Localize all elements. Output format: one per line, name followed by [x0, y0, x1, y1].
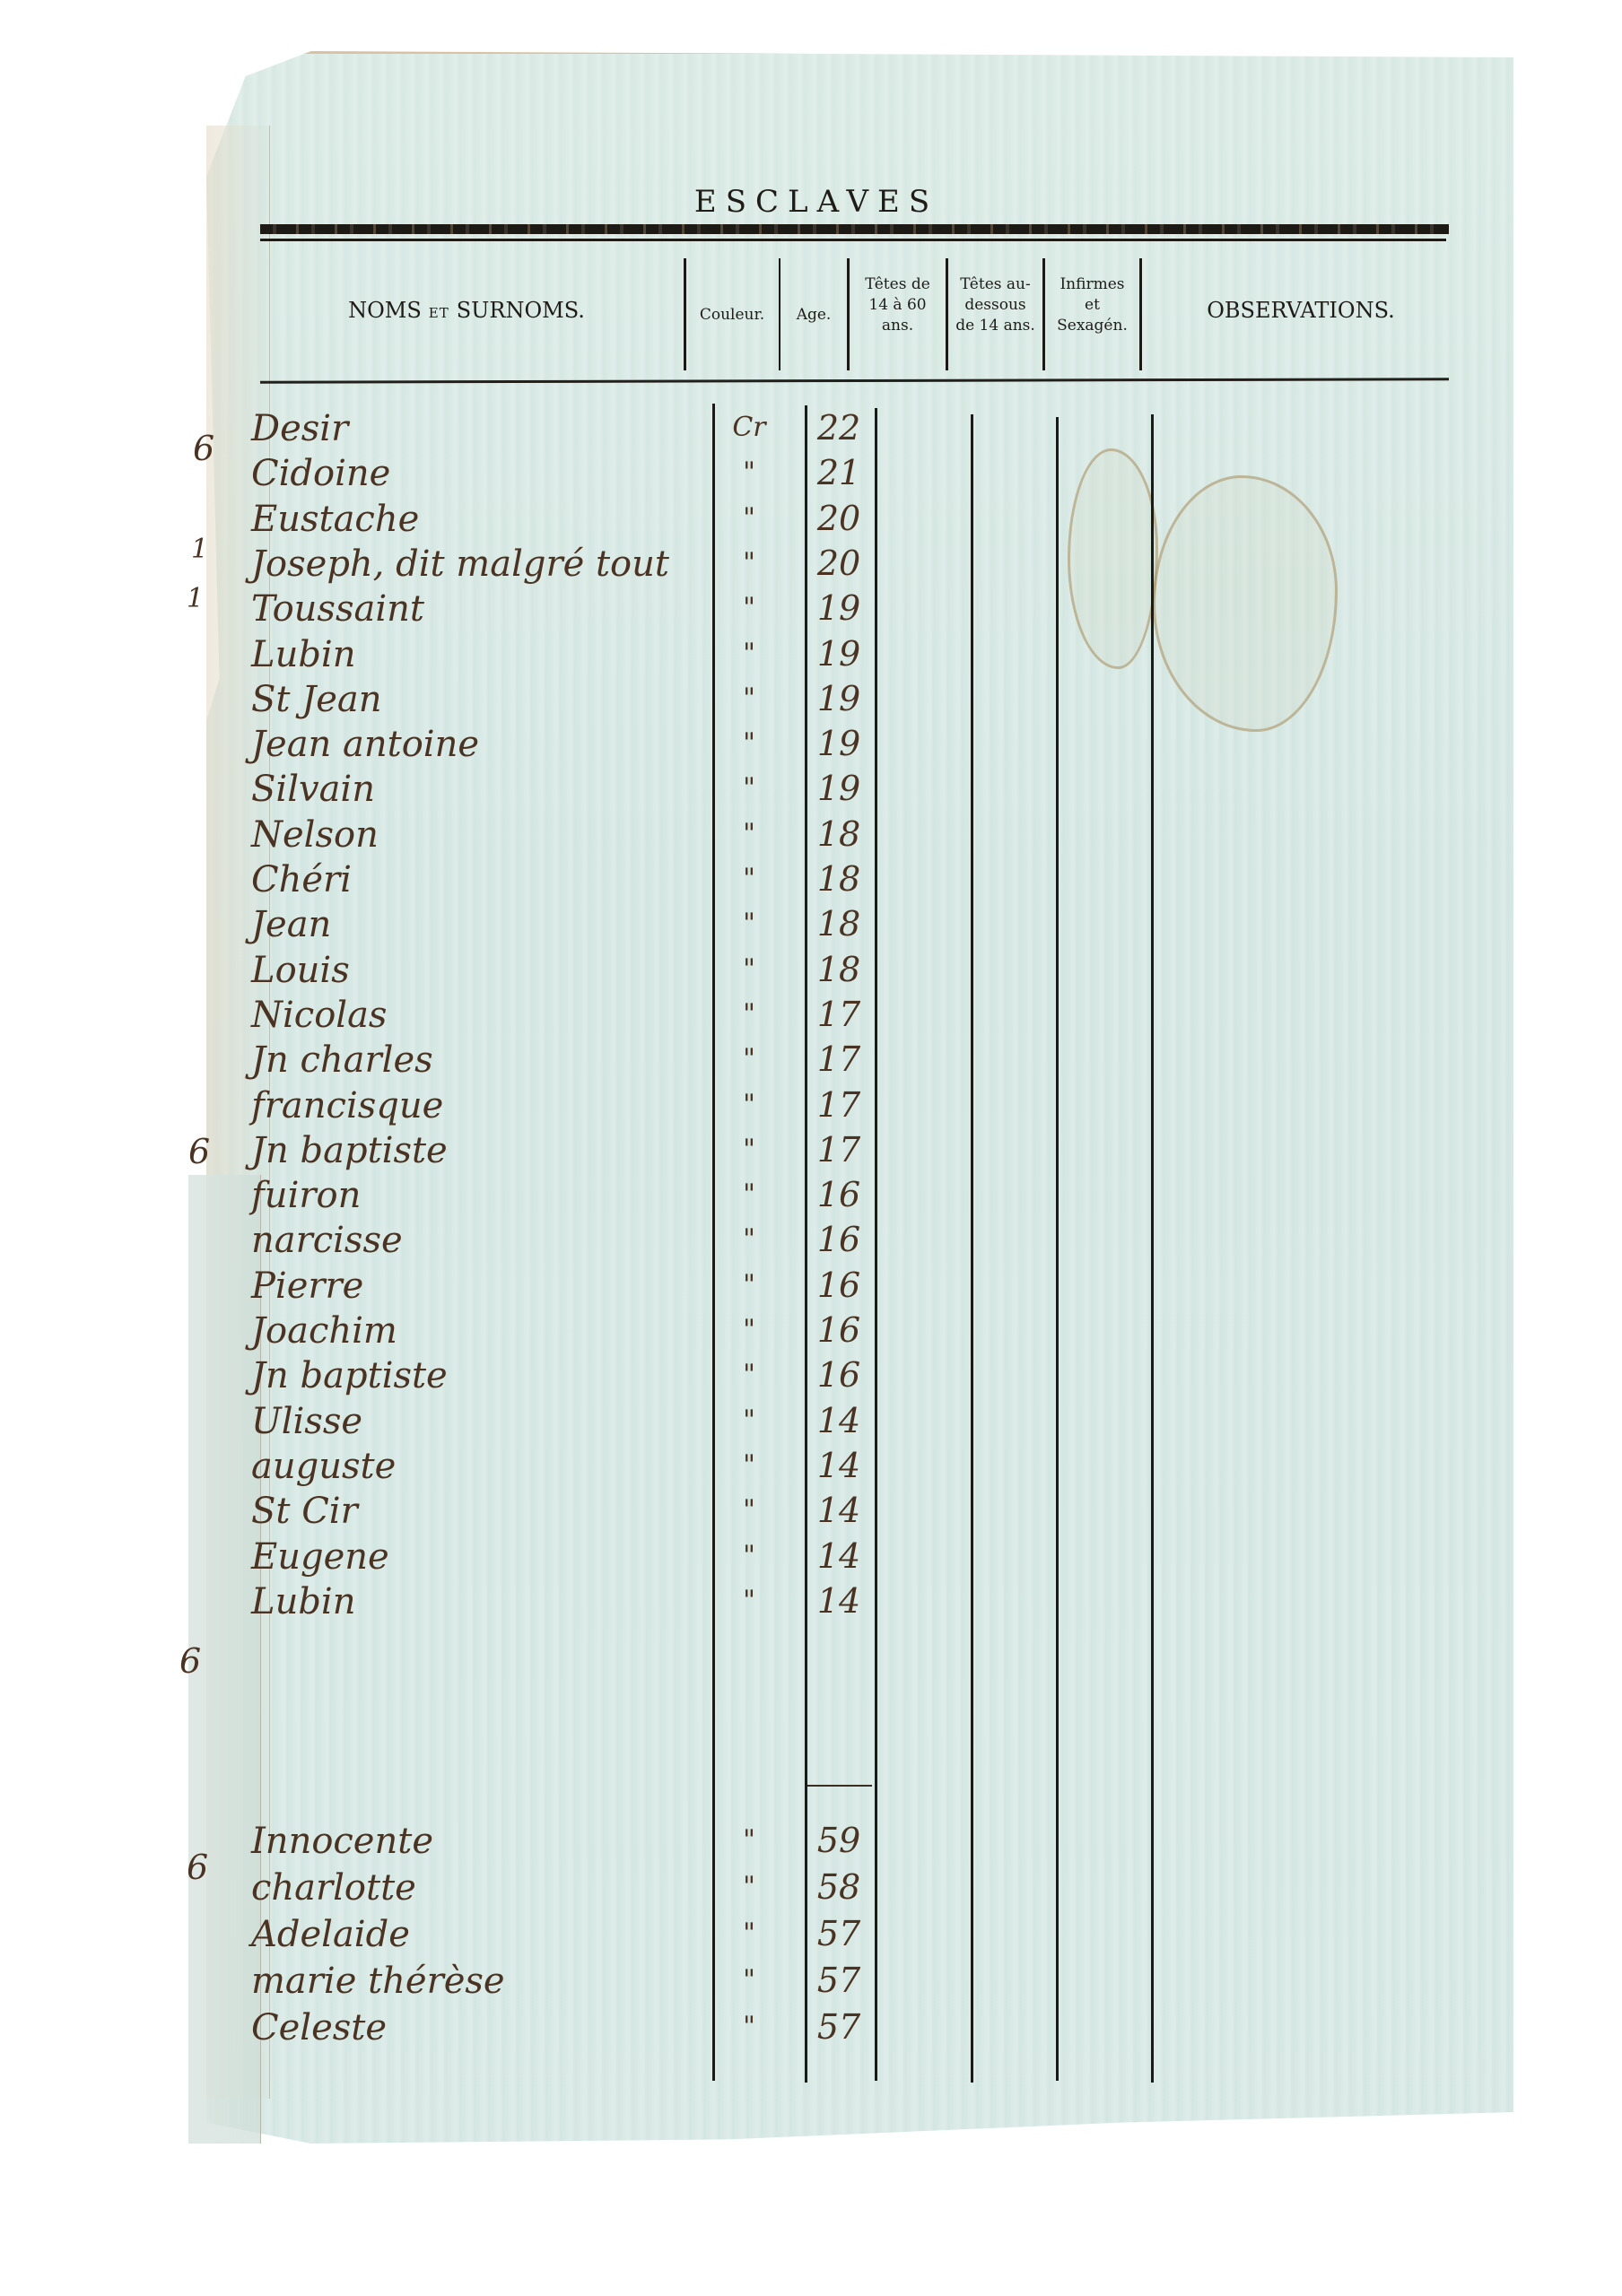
slave-name: Lubin: [251, 1581, 355, 1622]
couleur-value: ": [731, 1494, 767, 1526]
slave-name: Jn baptiste: [251, 1130, 448, 1171]
margin-mark: 6: [193, 429, 214, 468]
header-tetes-14-60: Têtes de 14 à 60 ans.: [850, 274, 946, 336]
couleur-value: ": [731, 1824, 767, 1856]
couleur-value: ": [731, 638, 767, 669]
margin-mark: 6: [187, 1848, 208, 1887]
column-divider: [684, 258, 686, 370]
age-value: 57: [807, 1914, 870, 1953]
slave-name: francisque: [251, 1085, 443, 1126]
margin-mark: 1: [191, 534, 208, 565]
age-value: 16: [807, 1220, 870, 1259]
table-row: Joseph, dit malgré tout"20: [233, 544, 1400, 594]
couleur-value: ": [731, 1585, 767, 1616]
couleur-value: ": [731, 1223, 767, 1255]
page-title: ESCLAVES: [655, 184, 978, 220]
age-value: 19: [807, 588, 870, 628]
age-value: 14: [807, 1446, 870, 1485]
age-value: 18: [807, 814, 870, 854]
age-value: 14: [807, 1491, 870, 1530]
age-value: 17: [807, 995, 870, 1034]
table-row: Silvain"19: [233, 769, 1400, 819]
table-row: Jean"18: [233, 904, 1400, 954]
slave-name: Ulisse: [251, 1401, 362, 1442]
slave-name: Nelson: [251, 814, 379, 856]
age-value: 20: [807, 544, 870, 583]
couleur-value: ": [731, 1178, 767, 1210]
slave-name: Nicolas: [251, 995, 387, 1036]
slave-name: Innocente: [251, 1821, 433, 1862]
couleur-value: ": [731, 1269, 767, 1300]
table-row: Innocente"59: [233, 1821, 1400, 1871]
table-row: St Cir"14: [233, 1491, 1400, 1541]
couleur-value: ": [731, 908, 767, 939]
slave-name: Eustache: [251, 499, 419, 540]
header-couleur: Couleur.: [687, 305, 777, 326]
age-value: 57: [807, 2007, 870, 2047]
couleur-value: ": [731, 1540, 767, 1571]
age-value: 59: [807, 1821, 870, 1860]
slave-name: Silvain: [251, 769, 375, 810]
table-row: auguste"14: [233, 1446, 1400, 1496]
slave-name: Joseph, dit malgré tout: [251, 544, 669, 585]
age-value: 20: [807, 499, 870, 538]
table-row: Eugene"14: [233, 1536, 1400, 1587]
couleur-value: ": [731, 683, 767, 714]
table-row: narcisse"16: [233, 1220, 1400, 1270]
couleur-value: ": [731, 1089, 767, 1120]
slave-name: Chéri: [251, 859, 352, 900]
header-tetes-moins-14: Têtes au- dessous de 14 ans.: [948, 274, 1042, 336]
slave-name: Jean: [251, 904, 331, 945]
slave-name: fuiron: [251, 1175, 361, 1216]
couleur-value: ": [731, 2011, 767, 2042]
header-observations: OBSERVATIONS.: [1166, 296, 1435, 325]
table-row: St Jean"19: [233, 679, 1400, 729]
age-value: 14: [807, 1581, 870, 1621]
table-row: Ulisse"14: [233, 1401, 1400, 1451]
couleur-value: ": [731, 457, 767, 488]
table-row: francisque"17: [233, 1085, 1400, 1135]
couleur-value: ": [731, 863, 767, 894]
couleur-value: ": [731, 727, 767, 759]
age-value: 21: [807, 453, 870, 492]
age-value: 18: [807, 859, 870, 899]
header-age: Age.: [780, 305, 847, 326]
couleur-value: ": [731, 1314, 767, 1345]
slave-name: Lubin: [251, 634, 355, 675]
couleur-value: ": [731, 547, 767, 578]
slave-name: Joachim: [251, 1310, 397, 1352]
margin-mark: 1: [187, 583, 204, 614]
table-row: Lubin"19: [233, 634, 1400, 684]
slave-name: Celeste: [251, 2007, 387, 2048]
couleur-value: ": [731, 1043, 767, 1074]
slave-name: narcisse: [251, 1220, 403, 1261]
table-row: Eustache"20: [233, 499, 1400, 549]
slave-name: auguste: [251, 1446, 396, 1487]
table-row: Jn baptiste"16: [233, 1355, 1400, 1405]
couleur-value: Cr: [731, 412, 767, 443]
slave-name: Cidoine: [251, 453, 390, 494]
age-value: 16: [807, 1355, 870, 1395]
slave-name: Pierre: [251, 1265, 363, 1307]
table-row: Chéri"18: [233, 859, 1400, 909]
age-value: 22: [807, 408, 870, 448]
slave-name: Desir: [251, 408, 348, 449]
couleur-value: ": [731, 1134, 767, 1165]
table-row: Joachim"16: [233, 1310, 1400, 1361]
table-row: Jn baptiste"17: [233, 1130, 1400, 1180]
table-row: Nelson"18: [233, 814, 1400, 865]
age-value: 18: [807, 904, 870, 944]
slave-name: Jn charles: [251, 1039, 433, 1081]
slave-name: Jean antoine: [251, 724, 479, 765]
slave-name: St Jean: [251, 679, 382, 720]
age-value: 16: [807, 1175, 870, 1214]
table-row: Toussaint"19: [233, 588, 1400, 639]
header-infirmes-sexagen: Infirmes et Sexagén.: [1045, 274, 1139, 336]
table-row: Jean antoine"19: [233, 724, 1400, 774]
slave-name: Eugene: [251, 1536, 389, 1578]
table-row: DesirCr22: [233, 408, 1400, 458]
age-value: 17: [807, 1130, 870, 1170]
couleur-value: ": [731, 1964, 767, 1996]
slave-name: Toussaint: [251, 588, 424, 630]
table-row: Louis"18: [233, 950, 1400, 1000]
age-value: 16: [807, 1265, 870, 1305]
couleur-value: ": [731, 1918, 767, 1949]
age-value: 19: [807, 769, 870, 808]
table-row: marie thérèse"57: [233, 1961, 1400, 2011]
couleur-value: ": [731, 998, 767, 1030]
slave-name: marie thérèse: [251, 1961, 505, 2002]
couleur-value: ": [731, 592, 767, 623]
table-row: Adelaide"57: [233, 1914, 1400, 1964]
age-value: 17: [807, 1039, 870, 1079]
slave-name: Louis: [251, 950, 350, 991]
couleur-value: ": [731, 1871, 767, 1902]
age-value: 17: [807, 1085, 870, 1125]
couleur-value: ": [731, 1359, 767, 1390]
header-noms-et-surnoms: NOMSETSURNOMS.: [296, 296, 637, 325]
table-row: charlotte"58: [233, 1867, 1400, 1918]
margin-mark: 6: [179, 1641, 201, 1681]
couleur-value: ": [731, 818, 767, 849]
couleur-value: ": [731, 953, 767, 985]
couleur-value: ": [731, 1405, 767, 1436]
column-divider: [1139, 258, 1142, 370]
header-rule-thick: [260, 224, 1449, 234]
age-value: 19: [807, 724, 870, 763]
slave-name: St Cir: [251, 1491, 358, 1532]
age-value: 18: [807, 950, 870, 989]
header-rule-thin: [260, 239, 1446, 241]
age-value: 58: [807, 1867, 870, 1907]
couleur-value: ": [731, 1449, 767, 1481]
table-row: Jn charles"17: [233, 1039, 1400, 1090]
age-value: 57: [807, 1961, 870, 2000]
slave-name: Jn baptiste: [251, 1355, 448, 1396]
table-row: Pierre"16: [233, 1265, 1400, 1316]
age-value: 19: [807, 634, 870, 674]
table-row: Celeste"57: [233, 2007, 1400, 2057]
age-value: 16: [807, 1310, 870, 1350]
age-group-separator: [807, 1785, 872, 1787]
table-row: Nicolas"17: [233, 995, 1400, 1045]
age-value: 14: [807, 1401, 870, 1440]
slave-name: charlotte: [251, 1867, 416, 1909]
table-row: Cidoine"21: [233, 453, 1400, 503]
couleur-value: ": [731, 772, 767, 804]
margin-mark: 6: [188, 1132, 210, 1171]
age-value: 14: [807, 1536, 870, 1576]
table-row: fuiron"16: [233, 1175, 1400, 1225]
couleur-value: ": [731, 502, 767, 534]
table-row: Lubin"14: [233, 1581, 1400, 1631]
slave-name: Adelaide: [251, 1914, 410, 1955]
age-value: 19: [807, 679, 870, 718]
